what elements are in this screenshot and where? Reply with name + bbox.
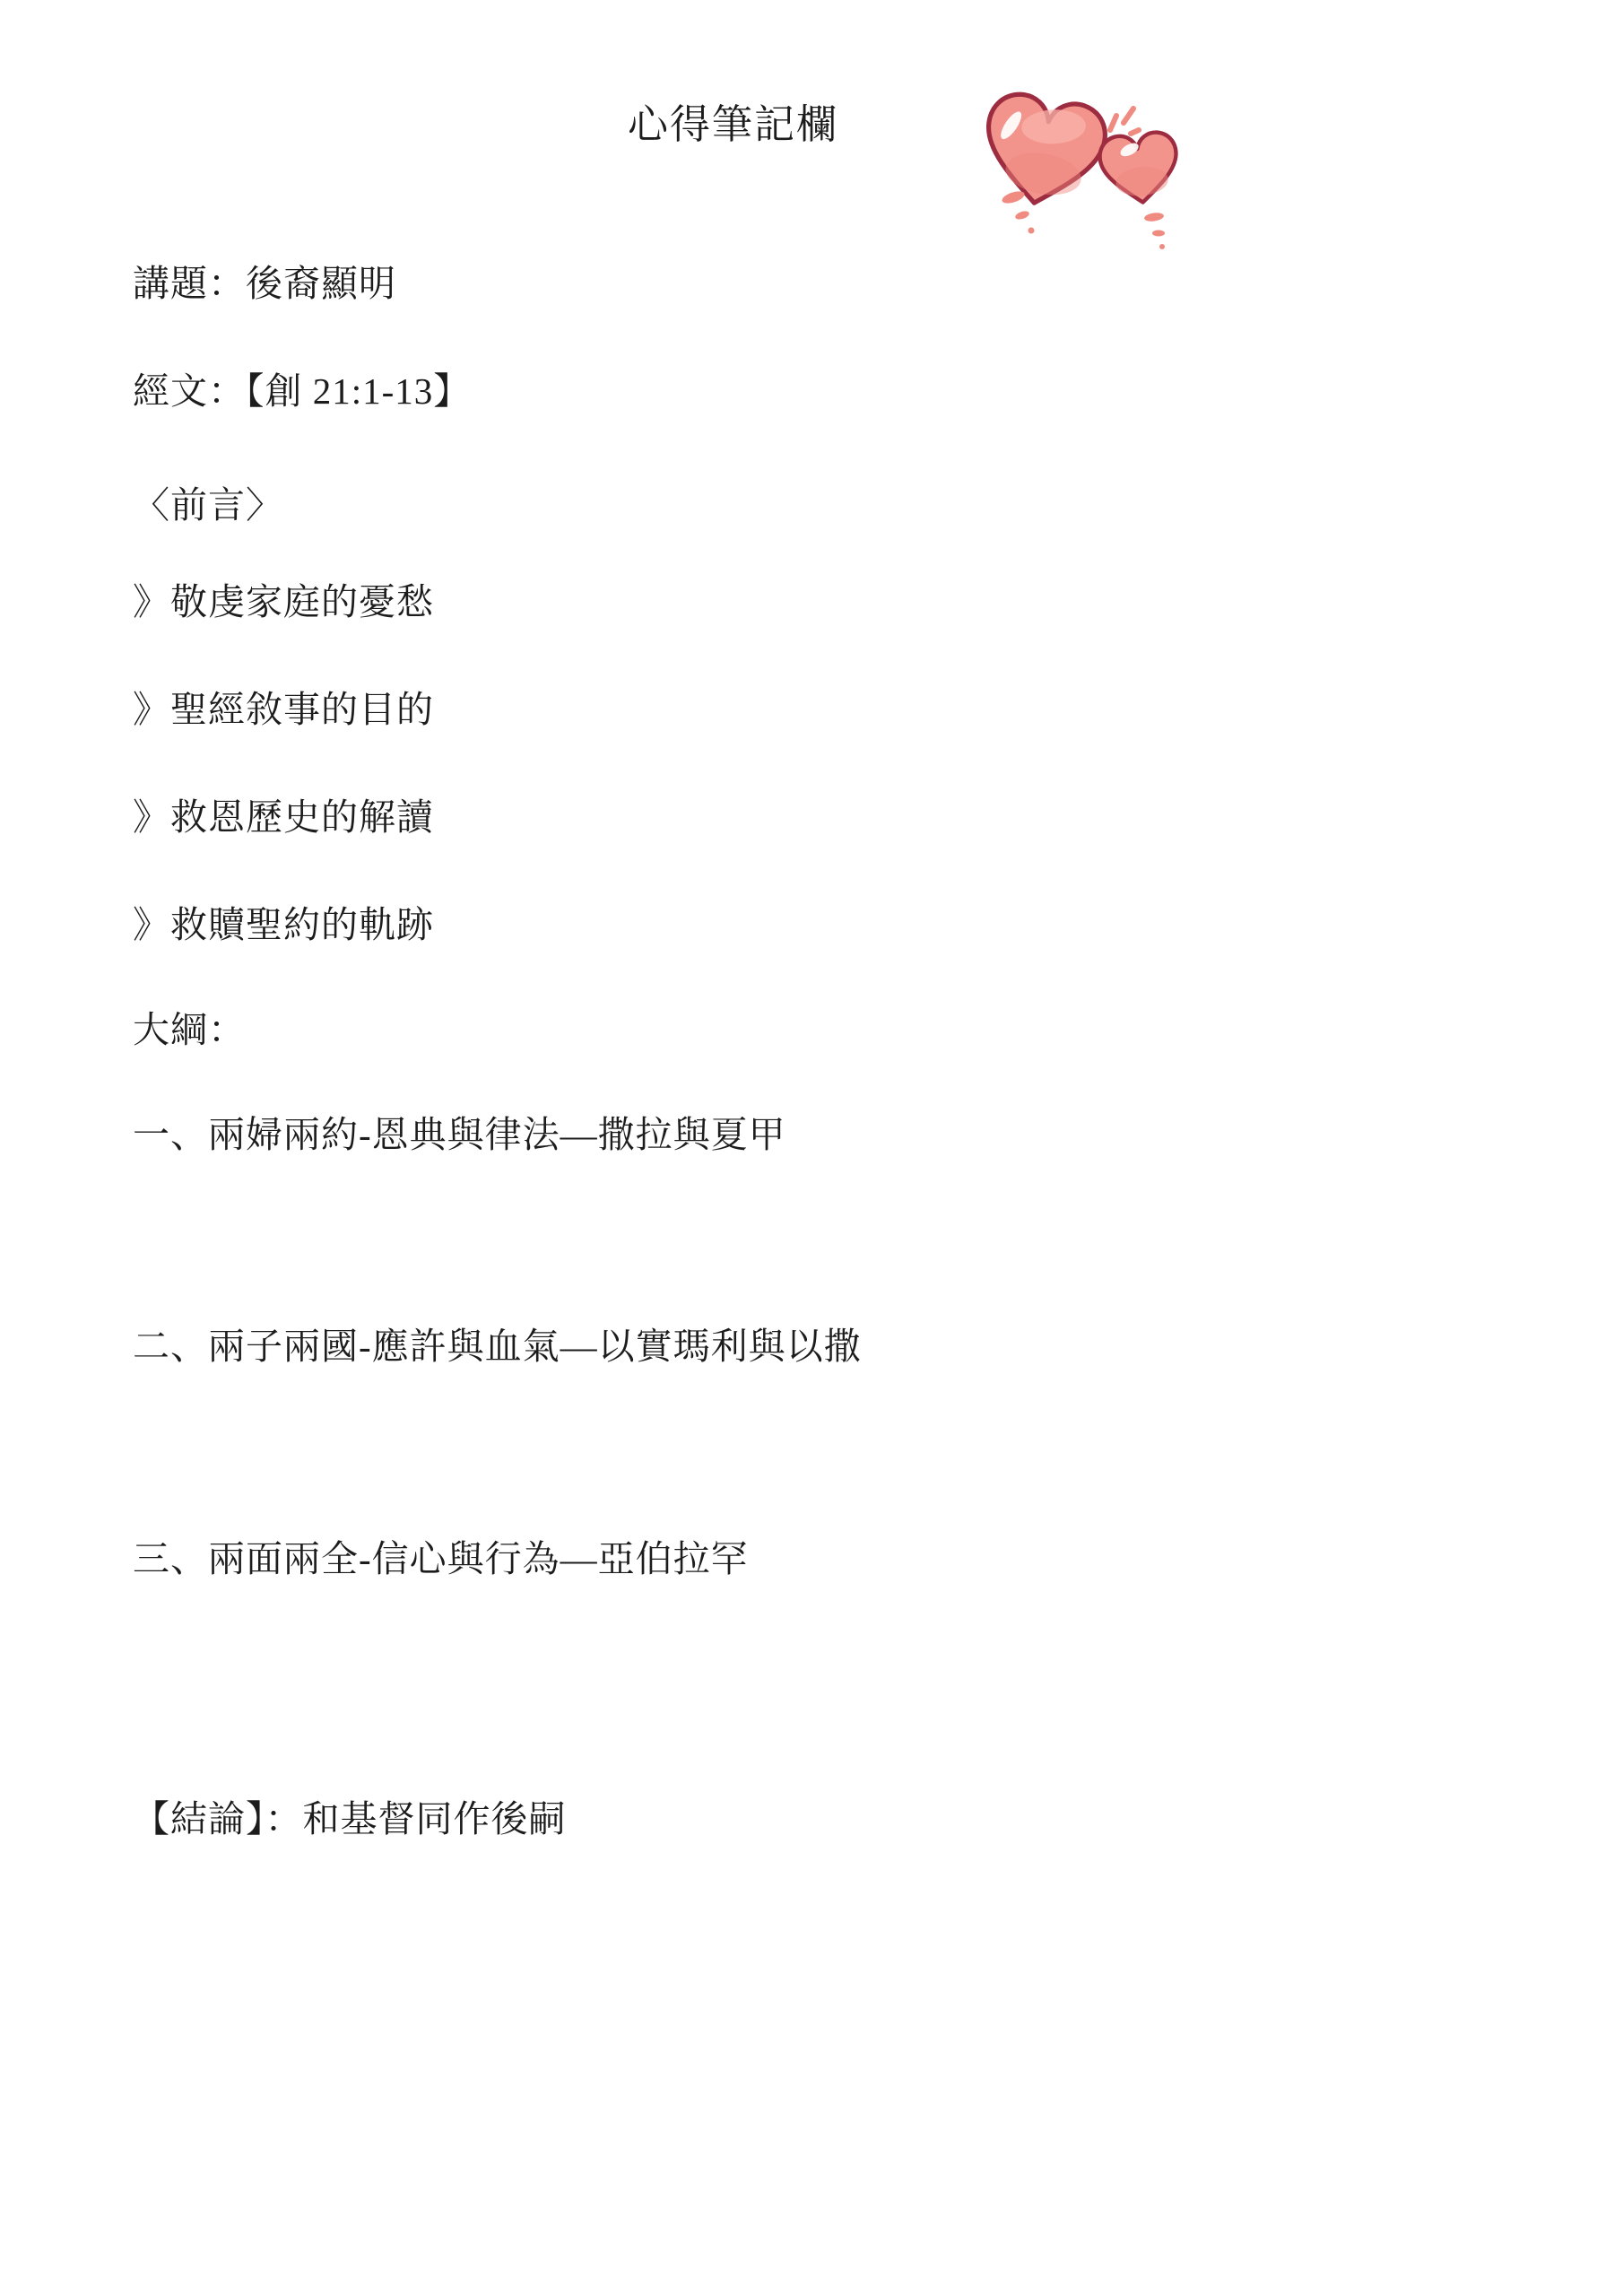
scripture-line: 經文：【創 21:1-13】 bbox=[133, 370, 471, 413]
preface-item: 》聖經敘事的目的 bbox=[133, 688, 434, 732]
outline-item-2: 二、兩子兩國-應許與血氣—以實瑪利與以撒 bbox=[133, 1325, 862, 1369]
page-title: 心得筆記欄 bbox=[628, 100, 838, 149]
hearts-illustration bbox=[968, 72, 1202, 260]
document-page: 心得筆記欄 bbox=[0, 0, 1623, 2296]
two-hearts-icon bbox=[968, 72, 1202, 260]
outline-heading: 大綱： bbox=[133, 1008, 246, 1052]
topic-line: 講題：後裔顯明 bbox=[133, 262, 396, 306]
conclusion-line: 【結論】：和基督同作後嗣 bbox=[133, 1797, 567, 1841]
sparkle-lines bbox=[1110, 109, 1139, 134]
big-heart-icon bbox=[976, 90, 1110, 213]
preface-item: 》敬虔家庭的憂愁 bbox=[133, 580, 434, 624]
preface-item: 》救恩歷史的解讀 bbox=[133, 796, 434, 839]
preface-heading: 〈前言〉 bbox=[133, 483, 283, 527]
preface-item: 》救贖聖約的軌跡 bbox=[133, 903, 434, 947]
outline-item-3: 三、兩面兩全-信心與行為—亞伯拉罕 bbox=[133, 1537, 749, 1581]
small-heart-icon bbox=[1098, 130, 1181, 206]
accent-dashes-right bbox=[1143, 212, 1165, 249]
outline-item-1: 一、兩婦兩約-恩典與律法—撒拉與夏甲 bbox=[133, 1113, 786, 1157]
